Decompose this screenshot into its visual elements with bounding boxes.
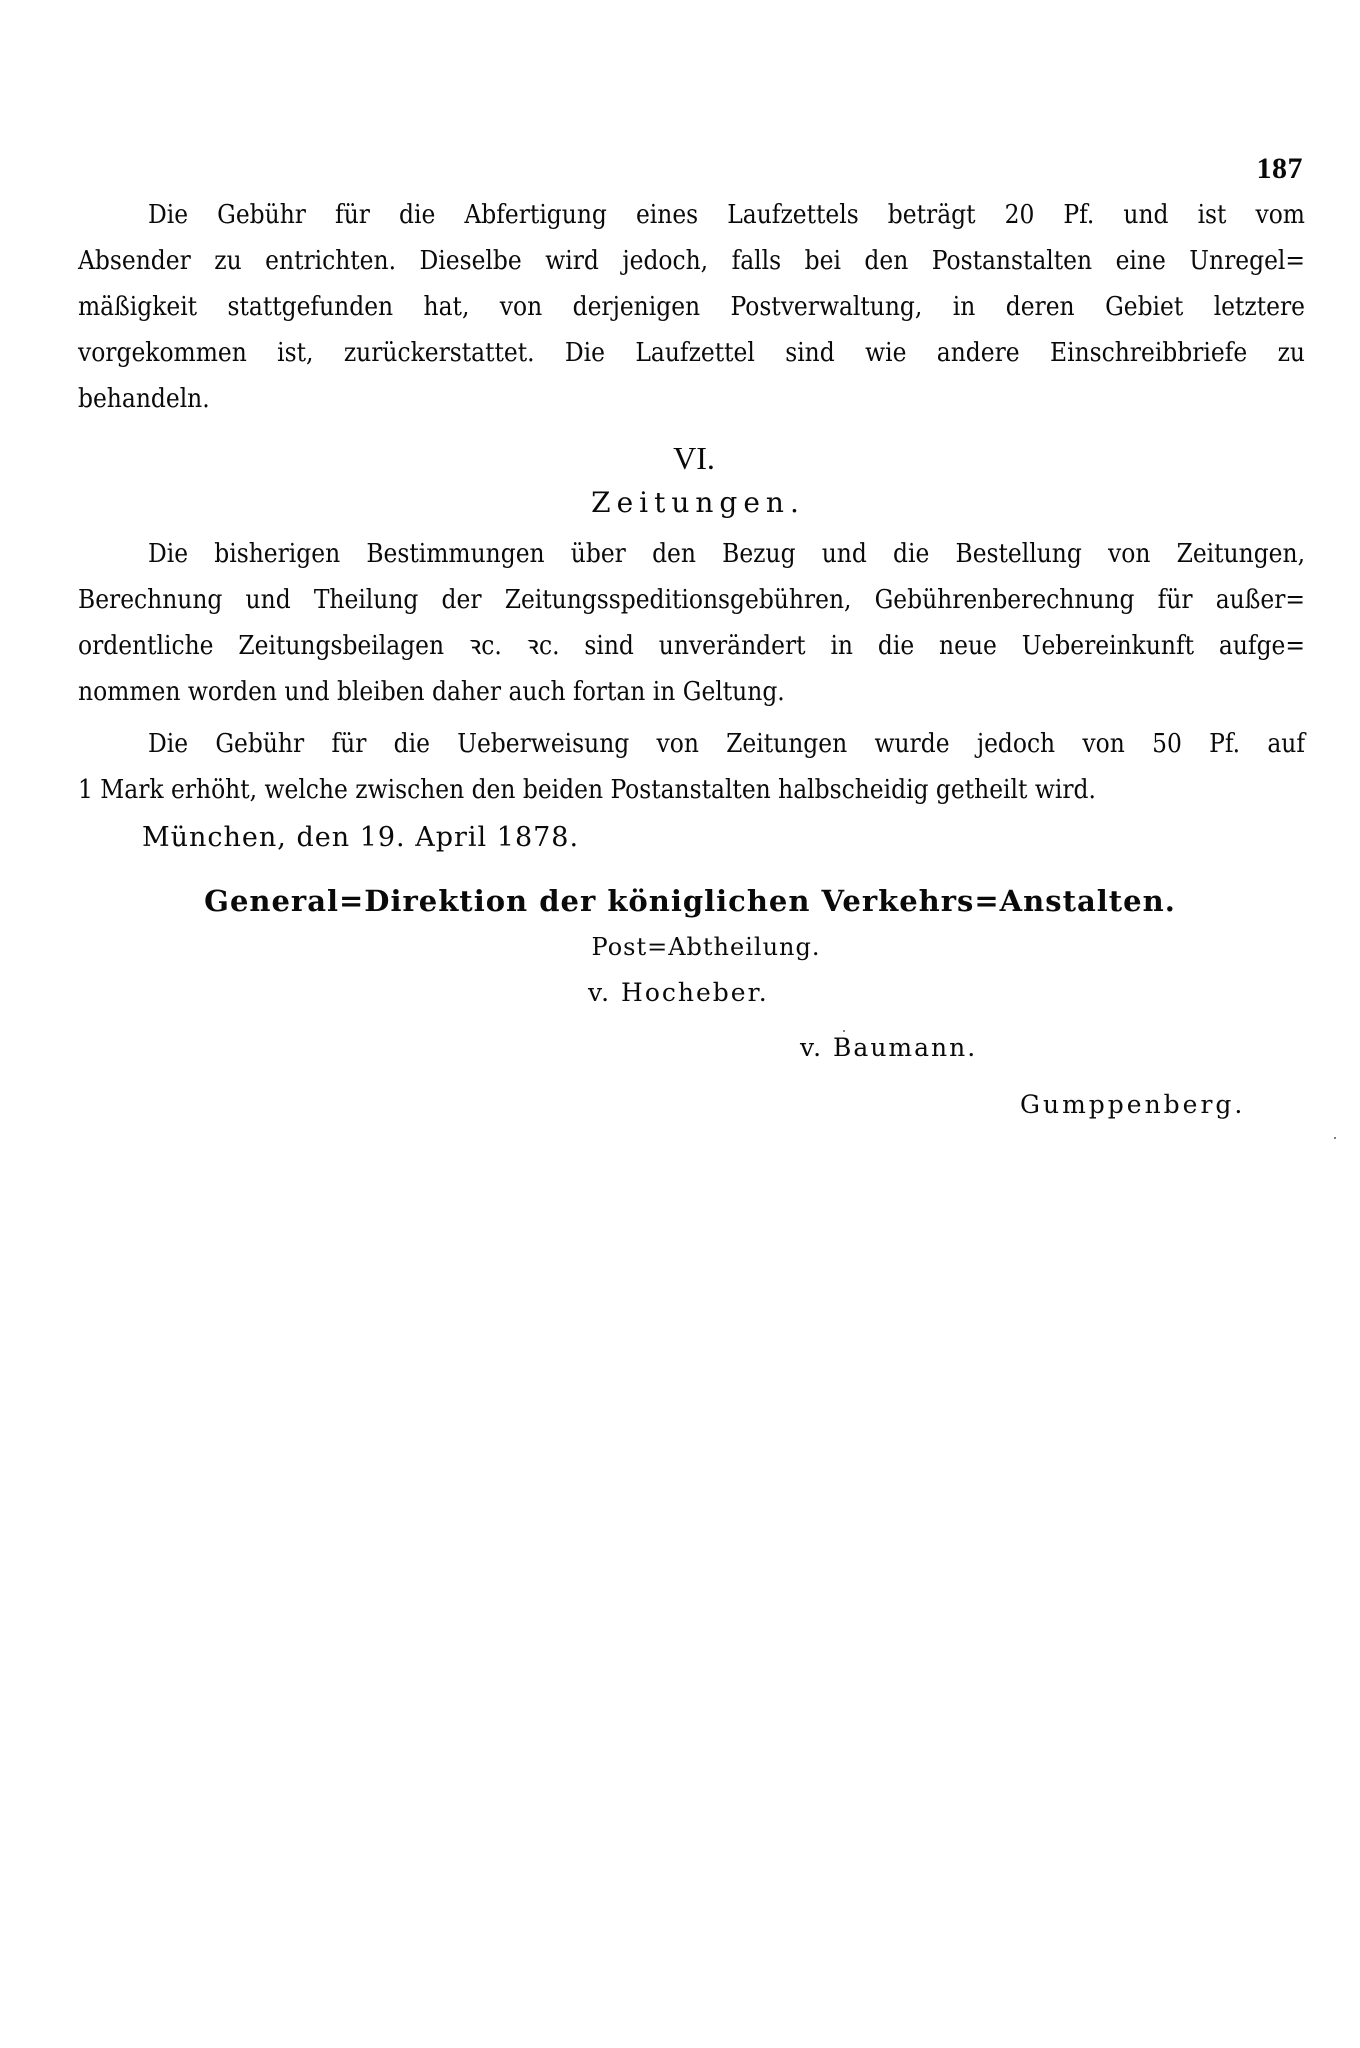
- paragraph-line: nommen worden und bleiben daher auch for…: [78, 676, 1305, 708]
- place-date-line: München, den 19. April 1878.: [142, 822, 579, 853]
- signatory-gumppenberg: Gumppenberg.: [1020, 1090, 1245, 1119]
- document-page: 187 Die Gebühr für die Abfertigung eines…: [0, 0, 1360, 2048]
- paragraph-line: Die Gebühr für die Ueberweisung von Zeit…: [148, 728, 1305, 760]
- paragraph-line: behandeln.: [78, 383, 1305, 415]
- paragraph-line: 1 Mark erhöht, welche zwischen den beide…: [78, 774, 1238, 806]
- issuing-authority: General=Direktion der königlichen Verkeh…: [0, 884, 1360, 918]
- scan-speck: [843, 1030, 845, 1032]
- signatory-baumann: v. Baumann.: [800, 1033, 977, 1062]
- paragraph-line: vorgekommen ist, zurückerstattet. Die La…: [78, 337, 1305, 369]
- paragraph-line: Berechnung und Theilung der Zeitungssped…: [78, 584, 1305, 616]
- page-number: 187: [1257, 152, 1304, 186]
- paragraph-line: Die Gebühr für die Abfertigung eines Lau…: [148, 199, 1305, 231]
- paragraph-line: Die bisherigen Bestimmungen über den Bez…: [148, 538, 1305, 570]
- paragraph-line: Absender zu entrichten. Dieselbe wird je…: [78, 245, 1305, 277]
- paragraph-line: mäßigkeit stattgefunden hat, von derjeni…: [78, 291, 1305, 323]
- signatory-hocheber: v. Hocheber.: [588, 978, 769, 1007]
- paragraph-line: ordentliche Zeitungsbeilagen ꝛc. ꝛc. sin…: [78, 630, 1305, 662]
- department-name: Post=Abtheilung.: [0, 933, 1360, 961]
- section-title: Zeitungen.: [0, 486, 1360, 519]
- section-number: VI.: [0, 440, 1360, 477]
- scan-speck: [1334, 1137, 1336, 1139]
